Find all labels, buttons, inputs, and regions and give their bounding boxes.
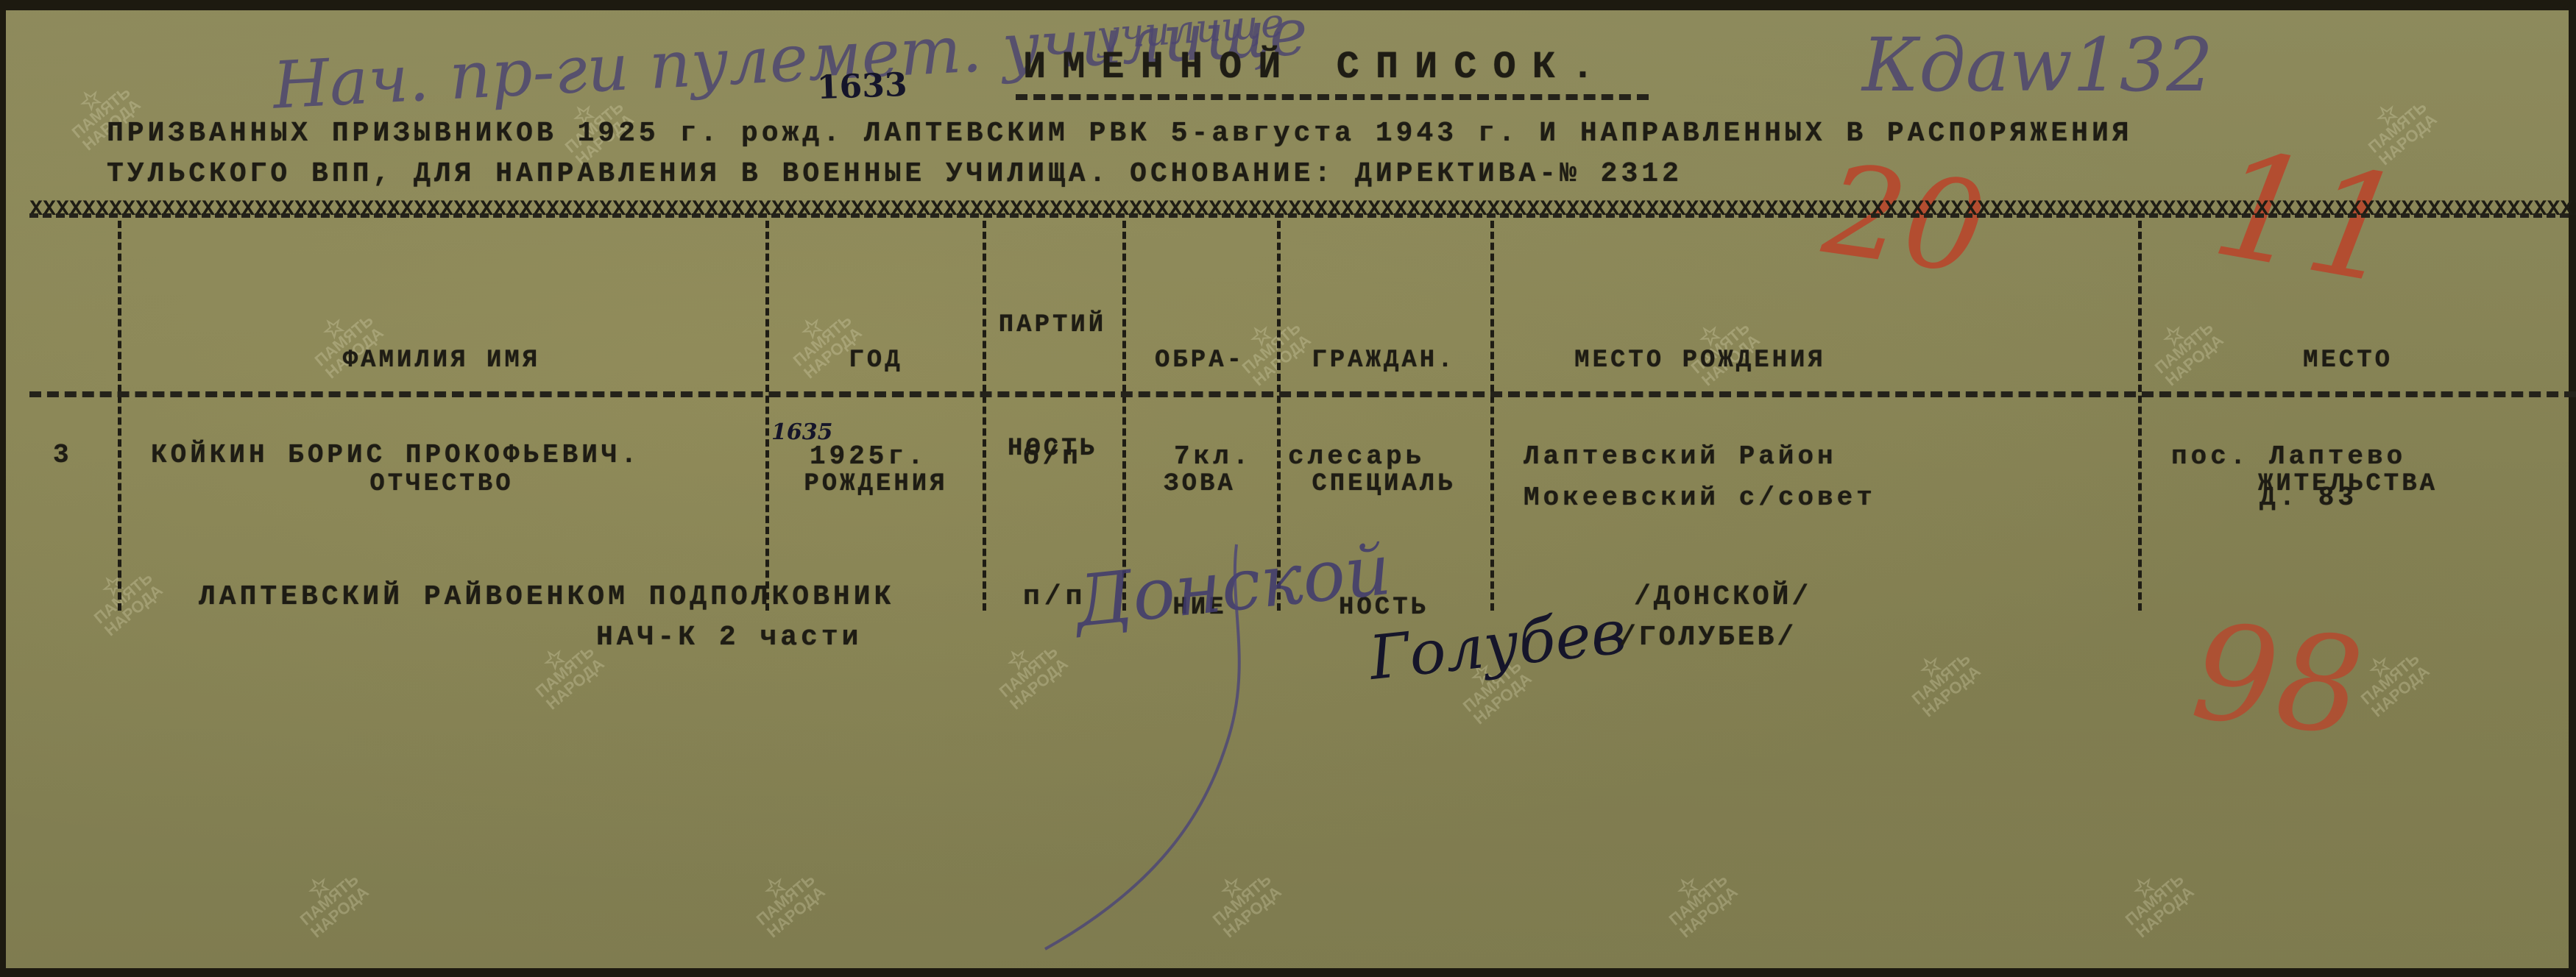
header-line: МЕСТО [2142,340,2554,381]
watermark: ☆ПАМЯТЬНАРОДА [523,630,607,713]
title-underline [1016,94,1649,100]
header-party: ПАРТИЙ НОСТЬ [986,222,1119,552]
row-residence-line2: Д. 83 [2260,477,2357,519]
typed-separator-top: XXXXXXXXXXXXXXXXXXXXXXXXXXXXXXXXXXXXXXXX… [29,197,2576,222]
torn-edge-left [0,0,6,977]
intro-line-1: ПРИЗВАННЫХ ПРИЗЫВНИКОВ 1925 г. рожд. ЛАП… [107,118,2133,149]
row-birthplace-line2: Мокеевский с/совет [1524,477,1876,519]
watermark: ☆ПАМЯТЬНАРОДА [1899,638,1984,720]
column-divider [118,221,121,611]
header-line: ГОД [773,340,979,381]
red-mark-98: 98 [2186,595,2370,766]
row-party: б/п [1023,436,1082,478]
torn-edge-right [2569,0,2576,977]
row-residence-line1: пос. Лаптево [2171,436,2406,478]
scanned-document-page: ☆ПАМЯТЬНАРОДА ☆ПАМЯТЬНАРОДА ☆ПАМЯТЬНАРОД… [0,0,2576,977]
header-full-name: ФАМИЛИЯ ИМЯ ОТЧЕСТВО [125,257,758,587]
header-birthplace: МЕСТО РОЖДЕНИЯ [1494,257,1906,463]
header-residence: МЕСТО ЖИТЕЛЬСТВА [2142,257,2554,587]
row-full-name: КОЙКИН БОРИС ПРОКОФЬЕВИЧ. [151,434,640,477]
torn-edge-bottom [0,968,2576,977]
intro-line-2: ТУЛЬСКОГО ВПП, ДЛЯ НАПРАВЛЕНИЯ В ВОЕННЫЕ… [107,158,1682,190]
row-specialty: слесарь [1288,436,1425,478]
row-birth-year: 1925г. [810,436,927,478]
signature-name-1: /ДОНСКОЙ/ [1634,581,1811,613]
watermark: ☆ПАМЯТЬНАРОДА [743,859,828,941]
signature-title-1: ЛАПТЕВСКИЙ РАЙВОЕНКОМ ПОДПОЛКОВНИК [199,581,894,613]
header-line: МЕСТО РОЖДЕНИЯ [1494,340,1906,381]
row-number: 3 [53,434,73,477]
header-separator [29,391,2576,397]
handwritten-number-top: 1633 [816,66,907,107]
header-line: ФАМИЛИЯ ИМЯ [125,340,758,381]
row-education: 7кл. [1174,436,1252,478]
header-line: ПАРТИЙ [986,305,1119,346]
header-line: ГРАЖДАН. [1281,340,1487,381]
header-line: ОБРА- [1126,340,1273,381]
separator-line-top [29,213,2569,218]
signature-name-2: /ГОЛУБЕВ/ [1619,622,1797,653]
row-birthplace-line1: Лаптевский Район [1524,436,1837,478]
watermark: ☆ПАМЯТЬНАРОДА [287,859,372,941]
signature-stroke [1016,515,1266,956]
signature-title-2: НАЧ-К 2 части [596,622,862,653]
watermark: ☆ПАМЯТЬНАРОДА [2112,859,2197,941]
column-divider [765,221,769,611]
watermark: ☆ПАМЯТЬНАРОДА [1656,859,1741,941]
document-title: ИМЕННОЙ СПИСОК. [1023,46,1610,89]
handwritten-reference: Кдаw132 [1862,22,2213,108]
